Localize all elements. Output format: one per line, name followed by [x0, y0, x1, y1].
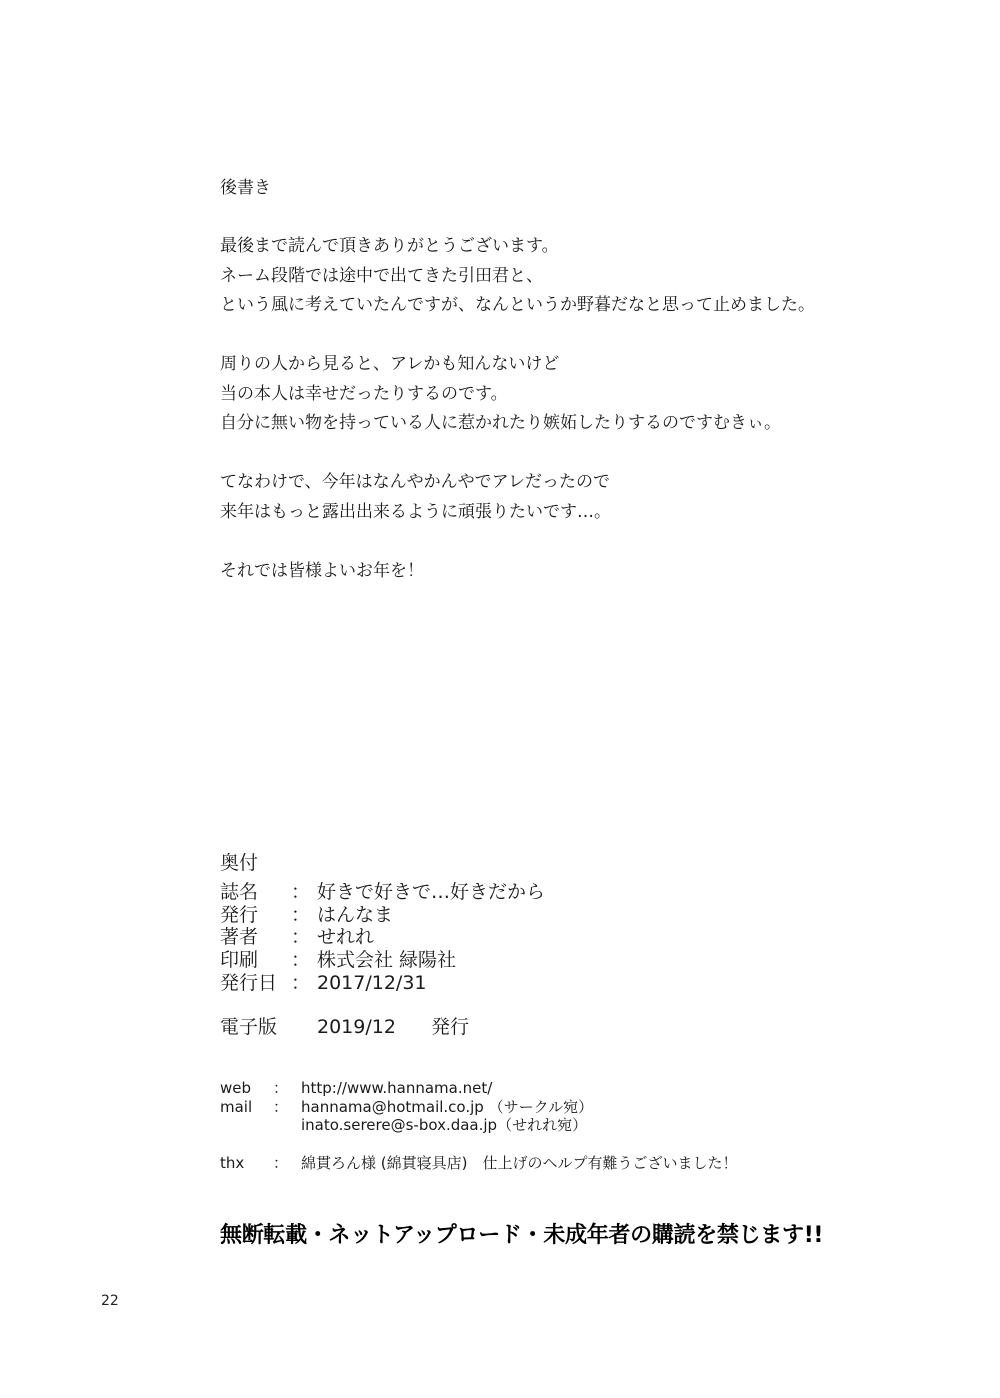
thanks-separator: ： [273, 1153, 288, 1173]
afterword-line: ネーム段階では途中で出てきた引田君と、 [220, 264, 815, 294]
contact-separator: ： [273, 1097, 288, 1117]
circle-email: hannama@hotmail.co.jp （サークル宛） [301, 1097, 593, 1117]
colophon-separator: ： [291, 971, 310, 995]
paragraph-gap [220, 529, 815, 559]
colophon-value: 好きで好きで…好きだから [317, 880, 545, 904]
colophon-value: 株式会社 緑陽社 [317, 948, 456, 972]
colophon-heading: 奥付 [220, 851, 258, 875]
colophon-key: 発行日 [220, 971, 277, 995]
colophon-key: 誌名 [220, 880, 258, 904]
colophon-separator: ： [291, 903, 310, 927]
website-url: http://www.hannama.net/ [301, 1078, 492, 1098]
afterword-body: 最後まで読んで頂きありがとうございます。 ネーム段階では途中で出てきた引田君と、… [220, 234, 815, 588]
colophon-key: 発行 [220, 903, 258, 927]
paragraph-gap [220, 323, 815, 353]
afterword-line: という風に考えていたんですが、なんというか野暮だなと思って止めました。 [220, 293, 815, 323]
afterword-line: 当の本人は幸せだったりするのです。 [220, 382, 815, 412]
afterword-line: 周りの人から見ると、アレかも知んないけど [220, 352, 815, 382]
afterword-line: 自分に無い物を持っている人に惹かれたり嫉妬したりするのですむきぃ。 [220, 411, 815, 441]
colophon-key: 著者 [220, 925, 258, 949]
colophon-separator: ： [291, 925, 310, 949]
afterword-line: てなわけで、今年はなんやかんやでアレだったので [220, 470, 815, 500]
contact-key: web [220, 1078, 251, 1098]
ebook-label: 電子版 [220, 1015, 277, 1039]
copyright-notice: 無断転載・ネットアップロード・未成年者の購読を禁じます!! [220, 1222, 823, 1250]
afterword-line: 最後まで読んで頂きありがとうございます。 [220, 234, 815, 264]
colophon-value: はんなま [317, 903, 393, 927]
colophon-value: 2017/12/31 [317, 971, 427, 995]
thanks-key: thx [220, 1153, 244, 1173]
colophon-key: 印刷 [220, 948, 258, 972]
paragraph-gap [220, 441, 815, 471]
author-email: inato.serere@s-box.daa.jp（せれれ宛） [301, 1115, 587, 1135]
colophon-value: せれれ [317, 925, 374, 949]
contact-key: mail [220, 1097, 252, 1117]
afterword-heading: 後書き [220, 176, 271, 200]
ebook-suffix: 発行 [431, 1015, 469, 1039]
afterword-line: 来年はもっと露出出来るように頑張りたいです…。 [220, 500, 815, 530]
afterword-line: それでは皆様よいお年を！ [220, 559, 815, 589]
colophon-separator: ： [291, 880, 310, 904]
ebook-date: 2019/12 [317, 1015, 396, 1039]
colophon-separator: ： [291, 948, 310, 972]
contact-separator: ： [273, 1078, 288, 1098]
book-page: 後書き 最後まで読んで頂きありがとうございます。 ネーム段階では途中で出てきた引… [0, 0, 1000, 1398]
thanks-text: 綿貫ろん様 (綿貫寝具店) 仕上げのヘルプ有難うございました！ [301, 1153, 737, 1173]
page-number: 22 [101, 1292, 119, 1310]
